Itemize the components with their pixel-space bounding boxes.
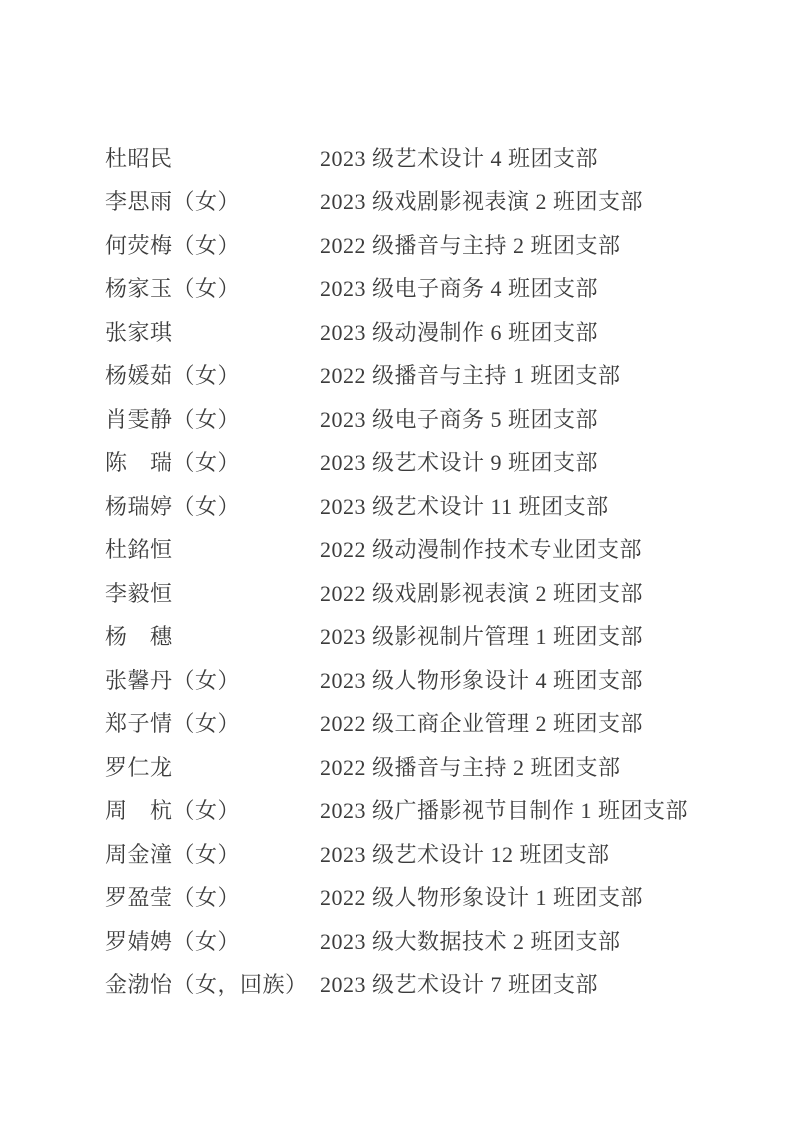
member-name: 周金潼（女）: [105, 844, 320, 866]
member-roster-list: 杜昭民 2023 级艺术设计 4 班团支部 李思雨（女） 2023 级戏剧影视表…: [105, 137, 770, 1007]
list-item: 罗婧娉（女） 2023 级大数据技术 2 班团支部: [105, 920, 770, 964]
league-branch-name: 2023 级大数据技术 2 班团支部: [320, 931, 770, 953]
member-name: 郑子情（女）: [105, 713, 320, 735]
league-branch-name: 2022 级戏剧影视表演 2 班团支部: [320, 583, 770, 605]
member-name: 张家琪: [105, 322, 320, 344]
list-item: 张馨丹（女） 2023 级人物形象设计 4 班团支部: [105, 659, 770, 703]
league-branch-name: 2023 级艺术设计 7 班团支部: [320, 974, 770, 996]
league-branch-name: 2023 级戏剧影视表演 2 班团支部: [320, 191, 770, 213]
league-branch-name: 2022 级动漫制作技术专业团支部: [320, 539, 770, 561]
list-item: 杜銘恒 2022 级动漫制作技术专业团支部: [105, 529, 770, 573]
league-branch-name: 2022 级播音与主持 2 班团支部: [320, 235, 770, 257]
league-branch-name: 2023 级动漫制作 6 班团支部: [320, 322, 770, 344]
list-item: 周金潼（女） 2023 级艺术设计 12 班团支部: [105, 833, 770, 877]
list-item: 杨瑞婷（女） 2023 级艺术设计 11 班团支部: [105, 485, 770, 529]
league-branch-name: 2023 级电子商务 4 班团支部: [320, 278, 770, 300]
member-name: 杜銘恒: [105, 539, 320, 561]
list-item: 李毅恒 2022 级戏剧影视表演 2 班团支部: [105, 572, 770, 616]
list-item: 周 杭（女） 2023 级广播影视节目制作 1 班团支部: [105, 790, 770, 834]
member-name: 金渤怡（女，回族）: [105, 974, 320, 996]
list-item: 肖雯静（女） 2023 级电子商务 5 班团支部: [105, 398, 770, 442]
member-name: 杨 穗: [105, 626, 320, 648]
league-branch-name: 2023 级电子商务 5 班团支部: [320, 409, 770, 431]
member-name: 李思雨（女）: [105, 191, 320, 213]
member-name: 陈 瑞（女）: [105, 452, 320, 474]
member-name: 罗仁龙: [105, 757, 320, 779]
league-branch-name: 2022 级播音与主持 2 班团支部: [320, 757, 770, 779]
list-item: 张家琪 2023 级动漫制作 6 班团支部: [105, 311, 770, 355]
list-item: 杨媛茹（女） 2022 级播音与主持 1 班团支部: [105, 355, 770, 399]
member-name: 何荧梅（女）: [105, 235, 320, 257]
list-item: 罗仁龙 2022 级播音与主持 2 班团支部: [105, 746, 770, 790]
document-page: 杜昭民 2023 级艺术设计 4 班团支部 李思雨（女） 2023 级戏剧影视表…: [0, 0, 800, 1131]
list-item: 杨家玉（女） 2023 级电子商务 4 班团支部: [105, 268, 770, 312]
league-branch-name: 2023 级广播影视节目制作 1 班团支部: [320, 800, 770, 822]
league-branch-name: 2023 级艺术设计 9 班团支部: [320, 452, 770, 474]
league-branch-name: 2023 级艺术设计 11 班团支部: [320, 496, 770, 518]
member-name: 杜昭民: [105, 148, 320, 170]
league-branch-name: 2022 级工商企业管理 2 班团支部: [320, 713, 770, 735]
league-branch-name: 2023 级影视制片管理 1 班团支部: [320, 626, 770, 648]
league-branch-name: 2023 级艺术设计 12 班团支部: [320, 844, 770, 866]
list-item: 李思雨（女） 2023 级戏剧影视表演 2 班团支部: [105, 181, 770, 225]
league-branch-name: 2022 级人物形象设计 1 班团支部: [320, 887, 770, 909]
member-name: 肖雯静（女）: [105, 409, 320, 431]
list-item: 杨 穗 2023 级影视制片管理 1 班团支部: [105, 616, 770, 660]
member-name: 罗盈莹（女）: [105, 887, 320, 909]
member-name: 李毅恒: [105, 583, 320, 605]
list-item: 何荧梅（女） 2022 级播音与主持 2 班团支部: [105, 224, 770, 268]
member-name: 杨瑞婷（女）: [105, 496, 320, 518]
member-name: 杨媛茹（女）: [105, 365, 320, 387]
member-name: 罗婧娉（女）: [105, 931, 320, 953]
list-item: 罗盈莹（女） 2022 级人物形象设计 1 班团支部: [105, 877, 770, 921]
member-name: 周 杭（女）: [105, 800, 320, 822]
list-item: 陈 瑞（女） 2023 级艺术设计 9 班团支部: [105, 442, 770, 486]
league-branch-name: 2022 级播音与主持 1 班团支部: [320, 365, 770, 387]
member-name: 张馨丹（女）: [105, 670, 320, 692]
list-item: 郑子情（女） 2022 级工商企业管理 2 班团支部: [105, 703, 770, 747]
league-branch-name: 2023 级人物形象设计 4 班团支部: [320, 670, 770, 692]
list-item: 金渤怡（女，回族） 2023 级艺术设计 7 班团支部: [105, 964, 770, 1008]
league-branch-name: 2023 级艺术设计 4 班团支部: [320, 148, 770, 170]
list-item: 杜昭民 2023 级艺术设计 4 班团支部: [105, 137, 770, 181]
member-name: 杨家玉（女）: [105, 278, 320, 300]
